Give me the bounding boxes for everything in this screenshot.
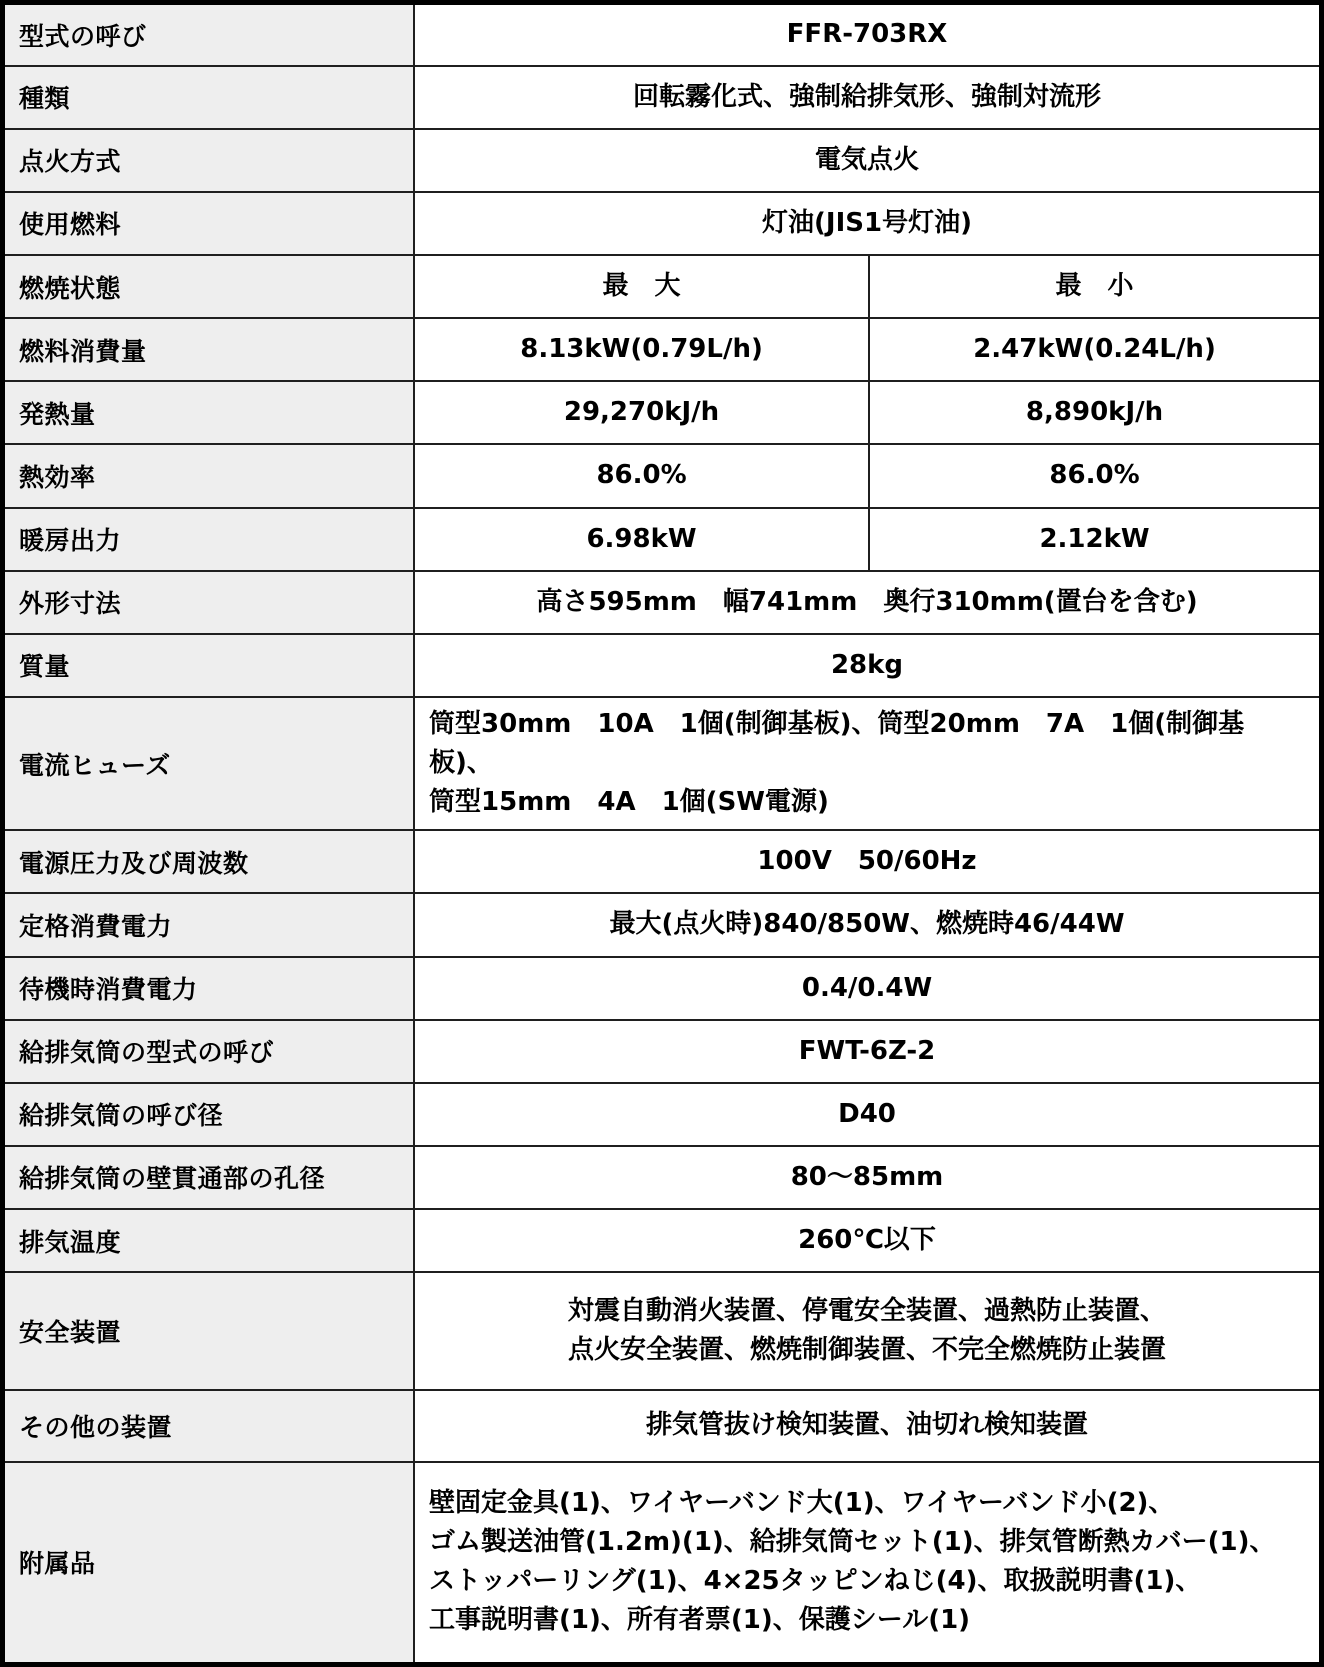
spec-row: 給排気筒の型式の呼びFWT-6Z-2 <box>3 1020 1322 1083</box>
spec-row-value: 28kg <box>414 634 1321 697</box>
spec-row-value: 29,270kJ/h <box>414 381 869 444</box>
spec-row: 給排気筒の壁貫通部の孔径80〜85mm <box>3 1146 1322 1209</box>
spec-row-label: 排気温度 <box>3 1209 415 1272</box>
spec-row-value: 86.0% <box>869 444 1321 507</box>
spec-row-value: 高さ595mm 幅741mm 奥行310mm(置台を含む) <box>414 571 1321 634</box>
spec-row-label: 外形寸法 <box>3 571 415 634</box>
spec-row: 電流ヒューズ筒型30mm 10A 1個(制御基板)、筒型20mm 7A 1個(制… <box>3 697 1322 830</box>
spec-row-value: 筒型30mm 10A 1個(制御基板)、筒型20mm 7A 1個(制御基板)、筒… <box>414 697 1321 830</box>
spec-row: 電源圧力及び周波数100V 50/60Hz <box>3 830 1322 893</box>
spec-row-label: その他の装置 <box>3 1390 415 1461</box>
spec-row-value: 最 大 <box>414 255 869 318</box>
spec-row-label: 熱効率 <box>3 444 415 507</box>
spec-row: 安全装置対震自動消火装置、停電安全装置、過熱防止装置、点火安全装置、燃焼制御装置… <box>3 1272 1322 1390</box>
spec-row-value: FWT-6Z-2 <box>414 1020 1321 1083</box>
spec-row-label: 定格消費電力 <box>3 893 415 956</box>
spec-row: 発熱量29,270kJ/h8,890kJ/h <box>3 381 1322 444</box>
spec-row-value: 最 小 <box>869 255 1321 318</box>
spec-row-label: 待機時消費電力 <box>3 957 415 1020</box>
spec-row-label: 質量 <box>3 634 415 697</box>
spec-row-value: 回転霧化式、強制給排気形、強制対流形 <box>414 66 1321 129</box>
spec-row-value: 壁固定金具(1)、ワイヤーバンド大(1)、ワイヤーバンド小(2)、ゴム製送油管(… <box>414 1462 1321 1665</box>
spec-row-value: 0.4/0.4W <box>414 957 1321 1020</box>
spec-row-value: 電気点火 <box>414 129 1321 192</box>
spec-row-label: 暖房出力 <box>3 508 415 571</box>
spec-row-value: FFR-703RX <box>414 3 1321 66</box>
spec-row-value: 対震自動消火装置、停電安全装置、過熱防止装置、点火安全装置、燃焼制御装置、不完全… <box>414 1272 1321 1390</box>
spec-row-value: 260℃以下 <box>414 1209 1321 1272</box>
spec-row: 燃料消費量8.13kW(0.79L/h)2.47kW(0.24L/h) <box>3 318 1322 381</box>
spec-row-label: 燃焼状態 <box>3 255 415 318</box>
spec-row: その他の装置排気管抜け検知装置、油切れ検知装置 <box>3 1390 1322 1461</box>
spec-row: 熱効率86.0%86.0% <box>3 444 1322 507</box>
spec-row-label: 安全装置 <box>3 1272 415 1390</box>
spec-row-label: 電流ヒューズ <box>3 697 415 830</box>
spec-row-label: 点火方式 <box>3 129 415 192</box>
spec-row: 使用燃料灯油(JIS1号灯油) <box>3 192 1322 255</box>
spec-row-value: 100V 50/60Hz <box>414 830 1321 893</box>
spec-row-value: 2.47kW(0.24L/h) <box>869 318 1321 381</box>
spec-row-value: 80〜85mm <box>414 1146 1321 1209</box>
spec-row: 附属品壁固定金具(1)、ワイヤーバンド大(1)、ワイヤーバンド小(2)、ゴム製送… <box>3 1462 1322 1665</box>
spec-row: 給排気筒の呼び径D40 <box>3 1083 1322 1146</box>
spec-sheet: 型式の呼びFFR-703RX種類回転霧化式、強制給排気形、強制対流形点火方式電気… <box>0 0 1324 1667</box>
spec-row-label: 附属品 <box>3 1462 415 1665</box>
spec-row-label: 燃料消費量 <box>3 318 415 381</box>
spec-table: 型式の呼びFFR-703RX種類回転霧化式、強制給排気形、強制対流形点火方式電気… <box>0 0 1324 1667</box>
spec-row: 質量28kg <box>3 634 1322 697</box>
spec-row-label: 給排気筒の型式の呼び <box>3 1020 415 1083</box>
spec-row-label: 電源圧力及び周波数 <box>3 830 415 893</box>
spec-row-label: 型式の呼び <box>3 3 415 66</box>
spec-row-label: 使用燃料 <box>3 192 415 255</box>
spec-row-value: 2.12kW <box>869 508 1321 571</box>
spec-table-body: 型式の呼びFFR-703RX種類回転霧化式、強制給排気形、強制対流形点火方式電気… <box>3 3 1322 1665</box>
spec-row-label: 種類 <box>3 66 415 129</box>
spec-row-value: 最大(点火時)840/850W、燃焼時46/44W <box>414 893 1321 956</box>
spec-row-label: 発熱量 <box>3 381 415 444</box>
spec-row: 待機時消費電力0.4/0.4W <box>3 957 1322 1020</box>
spec-row-value: 86.0% <box>414 444 869 507</box>
spec-row-value: 8,890kJ/h <box>869 381 1321 444</box>
spec-row-label: 給排気筒の壁貫通部の孔径 <box>3 1146 415 1209</box>
spec-row-value: 8.13kW(0.79L/h) <box>414 318 869 381</box>
spec-row-label: 給排気筒の呼び径 <box>3 1083 415 1146</box>
spec-row: 外形寸法高さ595mm 幅741mm 奥行310mm(置台を含む) <box>3 571 1322 634</box>
spec-row: 定格消費電力最大(点火時)840/850W、燃焼時46/44W <box>3 893 1322 956</box>
spec-row: 種類回転霧化式、強制給排気形、強制対流形 <box>3 66 1322 129</box>
spec-row-value: 排気管抜け検知装置、油切れ検知装置 <box>414 1390 1321 1461</box>
spec-row: 暖房出力6.98kW2.12kW <box>3 508 1322 571</box>
spec-row: 燃焼状態最 大最 小 <box>3 255 1322 318</box>
spec-row-value: 灯油(JIS1号灯油) <box>414 192 1321 255</box>
spec-row: 型式の呼びFFR-703RX <box>3 3 1322 66</box>
spec-row: 排気温度260℃以下 <box>3 1209 1322 1272</box>
spec-row-value: 6.98kW <box>414 508 869 571</box>
spec-row: 点火方式電気点火 <box>3 129 1322 192</box>
spec-row-value: D40 <box>414 1083 1321 1146</box>
